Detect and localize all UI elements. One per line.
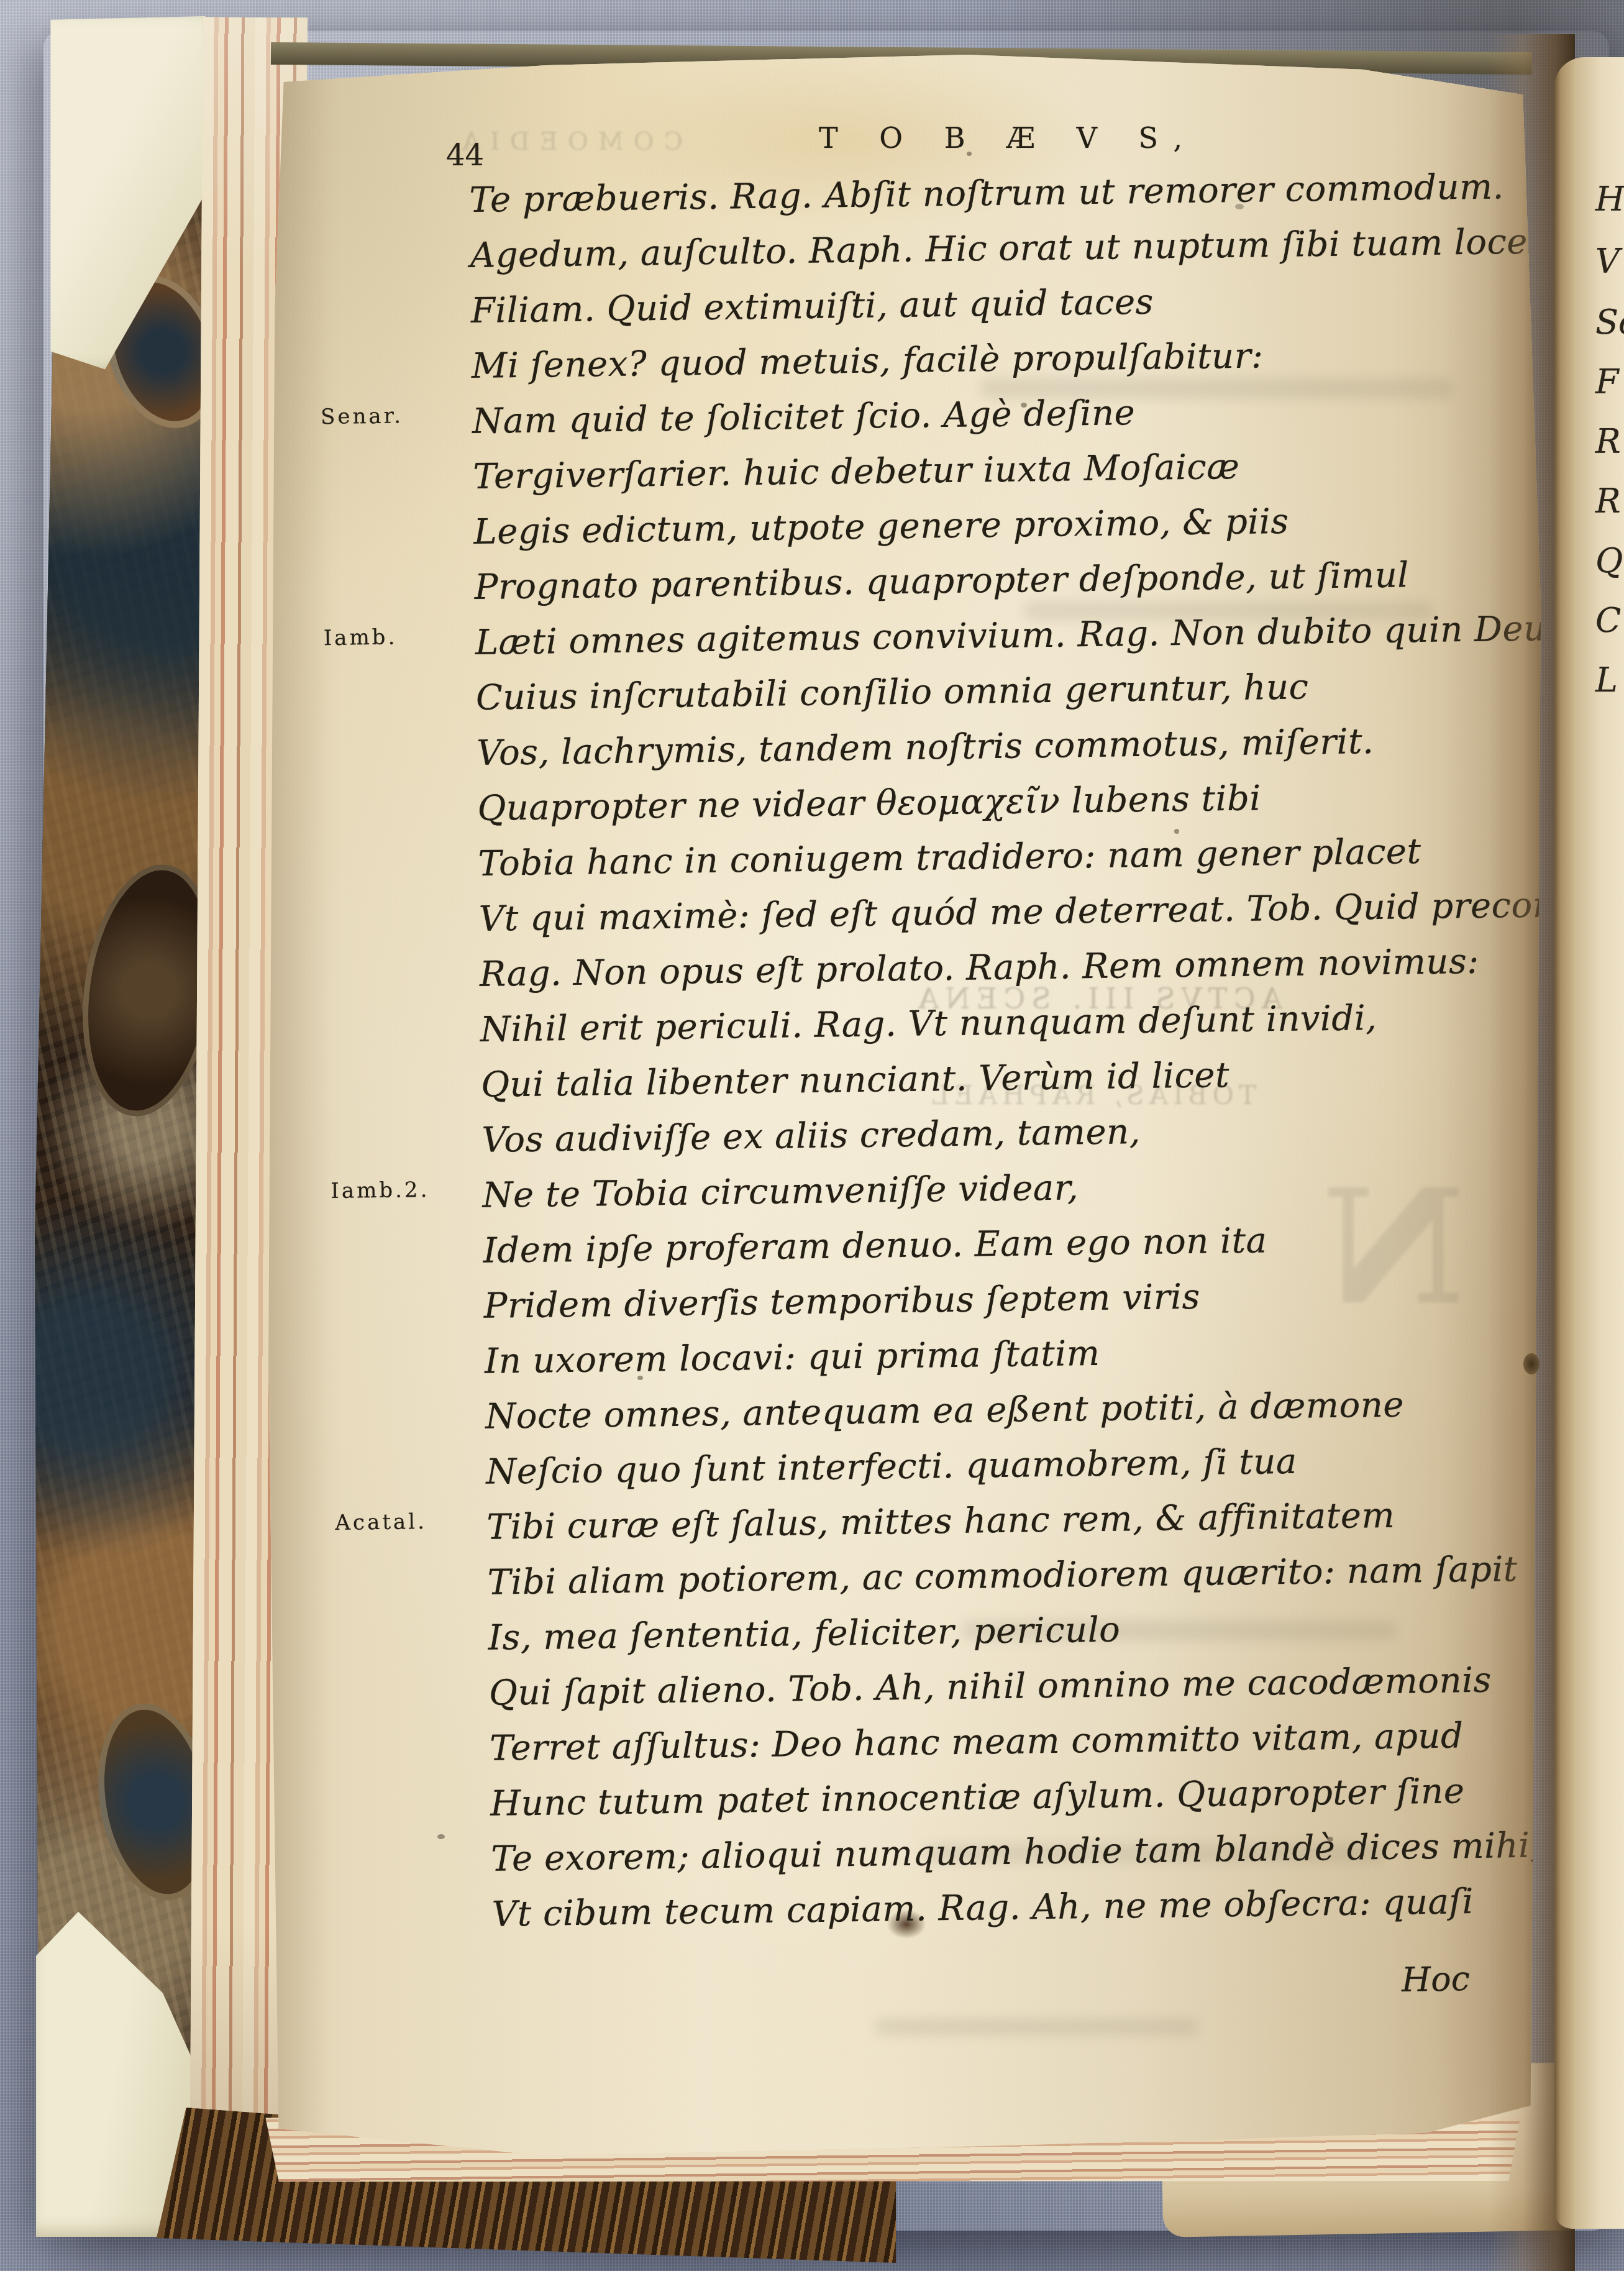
verse-text: Legis edictum, utpote genere proximo, & … [473,501,1289,552]
verse-text: Idem ipſe proferam denuo. Eam ego non it… [483,1220,1267,1271]
verse-text: Tergiverſarier. huic debetur iuxta Moſai… [473,447,1240,497]
verse-text: Terret aſſultus: Deo hanc meam committo … [490,1716,1464,1769]
verse-text: In uxorem locavi: qui prima ſtatim [485,1333,1100,1382]
verse-text: Neſcio quo ſunt interfecti. quamobrem, ſ… [486,1442,1297,1492]
verse-text: Tibi aliam potiorem, ac commodiorem quær… [487,1549,1518,1603]
verse-text: Tibi curæ eſt ſalus, mittes hanc rem, & … [486,1496,1395,1548]
verse-text: Quapropter ne videar θεομαχεῖν lubens ti… [477,778,1261,829]
verse-text: Vt cibum tecum capiam. Rag. Ah, ne me ob… [491,1881,1474,1935]
verse-text: Is, mea ſententia, feliciter, periculo [488,1609,1120,1658]
verse-text: Mi ſenex? quod metuis, facilè propulſabi… [472,336,1264,386]
verse-text: Rag. Non opus eſt prolato. Raph. Rem omn… [479,941,1479,995]
verse-text: Vt qui maximè: ſed eſt quód me deterreat… [478,885,1569,939]
verse-text: Te præbueris. Rag. Abſit noſtrum ut remo… [469,167,1504,221]
margin-label-senar: Senar. [321,404,403,428]
sewing-station-hole [1523,1353,1540,1374]
paper-fleck [437,1834,445,1839]
facing-page-sliver: H V Sc F R R Q C L [1554,57,1624,2229]
facing-line-start: Sc [1595,304,1624,340]
verse-text: Nihil erit periculi. Rag. Vt nunquam deſ… [480,998,1377,1050]
facing-line-start: R [1595,424,1624,460]
facing-line-start: L [1595,662,1624,698]
verse-text: Te exorem; alioqui numquam hodie tam bla… [491,1825,1541,1880]
book-photograph: COMOEDIA ACTVS III. SCENA TOBIAS, RAPHAE… [0,0,1624,2271]
verse-text: Qui talia libenter nunciant. Verùm id li… [481,1055,1230,1105]
verse-text: Ne te Tobia circumveniſſe videar, [482,1167,1079,1216]
verse-text: Tobia hanc in coniugem tradidero: nam ge… [478,831,1421,884]
show-through-smudge [875,2018,1198,2036]
page-number: 44 [446,139,484,171]
verse-text-block: Te præbueris. Rag. Abſit noſtrum ut remo… [469,158,1593,1942]
facing-line-start: F [1595,364,1624,400]
verse-text: Pridem diverſis temporibus ſeptem viris [483,1277,1200,1327]
verse-text: Filiam. Quid extimuiſti, aut quid taces [470,282,1154,331]
verse-text: Qui ſapit alieno. Tob. Ah, nihil omnino … [489,1660,1492,1714]
verse-text: Læti omnes agitemus convivium. Rag. Non … [475,608,1576,663]
verse-text: Vos audiviſſe ex aliis credam, tamen, [481,1112,1141,1161]
catchword: Hoc [1401,1960,1470,1999]
marbled-board-edge [35,87,216,2168]
verse-text: Nocte omnes, antequam ea eßent potiti, à… [485,1384,1404,1437]
facing-line-start: V [1595,244,1624,280]
margin-label-iamb2: Iamb.2. [331,1179,429,1202]
margin-label-iamb: Iamb. [324,626,398,650]
facing-line-start: Q [1595,543,1624,579]
verse-text: Agedum, auſculto. Raph. Hic orat ut nupt… [470,221,1546,276]
margin-label-acatal: Acatal. [335,1510,427,1534]
verse-text: Vos, lachrymis, tandem noſtris commotus,… [477,721,1374,774]
show-through-running-title: COMOEDIA [452,128,683,155]
verse-text: Nam quid te ſolicitet ſcio. Agè deſine [472,393,1136,442]
verse-text: Prognato parentibus. quapropter deſponde… [474,555,1409,608]
running-title: T O B Æ V S, [819,122,1198,154]
facing-line-start: H [1595,181,1624,217]
left-page: COMOEDIA ACTVS III. SCENA TOBIAS, RAPHAE… [266,55,1541,2156]
facing-line-start: C [1595,603,1624,639]
verse-text: Cuius inſcrutabili conſilio omnia gerunt… [476,667,1309,718]
verse-text: Hunc tutum patet innocentiæ aſylum. Quap… [490,1771,1465,1824]
facing-line-start: R [1595,483,1624,519]
